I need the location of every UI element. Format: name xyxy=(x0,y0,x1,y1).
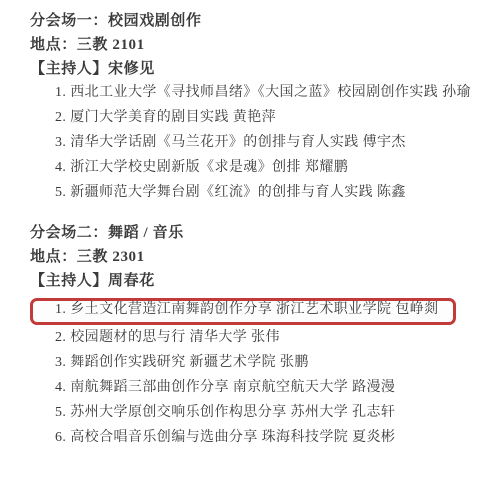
agenda-item: 3. 清华大学话剧《马兰花开》的创排与育人实践 傅宇杰 xyxy=(55,136,454,150)
agenda-item: 3. 舞蹈创作实践研究 新疆艺术学院 张鹏 xyxy=(55,356,454,370)
agenda-item: 1. 西北工业大学《寻找师昌绪》《大国之蓝》校园剧创作实践 孙瑜 xyxy=(55,86,454,100)
session-1-agenda: 1. 西北工业大学《寻找师昌绪》《大国之蓝》校园剧创作实践 孙瑜 2. 厦门大学… xyxy=(30,86,454,200)
session-2: 分会场二：舞蹈 / 音乐 地点：三教 2301 【主持人】周春花 1. 乡土文化… xyxy=(30,226,454,445)
session-2-location: 地点：三教 2301 xyxy=(30,250,454,265)
agenda-item: 5. 苏州大学原创交响乐创作构思分享 苏州大学 孔志轩 xyxy=(55,406,454,420)
agenda-item: 4. 南航舞蹈三部曲创作分享 南京航空航天大学 路漫漫 xyxy=(55,381,454,395)
session-2-agenda: 1. 乡土文化营造江南舞韵创作分享 浙江艺术职业学院 包峥剡 2. 校园题材的思… xyxy=(30,298,454,445)
agenda-item: 6. 高校合唱音乐创编与选曲分享 珠海科技学院 夏炎彬 xyxy=(55,431,454,445)
agenda-item: 2. 厦门大学美育的剧目实践 黄艳萍 xyxy=(55,111,454,125)
session-1: 分会场一：校园戏剧创作 地点：三教 2101 【主持人】宋修见 1. 西北工业大… xyxy=(30,14,454,200)
session-2-host: 【主持人】周春花 xyxy=(30,274,454,289)
session-1-title: 分会场一：校园戏剧创作 xyxy=(30,14,454,29)
agenda-item: 4. 浙江大学校史剧新版《求是魂》创排 郑耀鹏 xyxy=(55,161,454,175)
highlight-box: 1. 乡土文化营造江南舞韵创作分享 浙江艺术职业学院 包峥剡 xyxy=(30,298,456,325)
session-1-host: 【主持人】宋修见 xyxy=(30,62,454,77)
agenda-item: 5. 新疆师范大学舞台剧《红流》的创排与育人实践 陈鑫 xyxy=(55,186,454,200)
session-2-title: 分会场二：舞蹈 / 音乐 xyxy=(30,226,454,241)
agenda-item: 2. 校园题材的思与行 清华大学 张伟 xyxy=(55,331,454,345)
document-page: 分会场一：校园戏剧创作 地点：三教 2101 【主持人】宋修见 1. 西北工业大… xyxy=(0,0,488,488)
session-1-location: 地点：三教 2101 xyxy=(30,38,454,53)
